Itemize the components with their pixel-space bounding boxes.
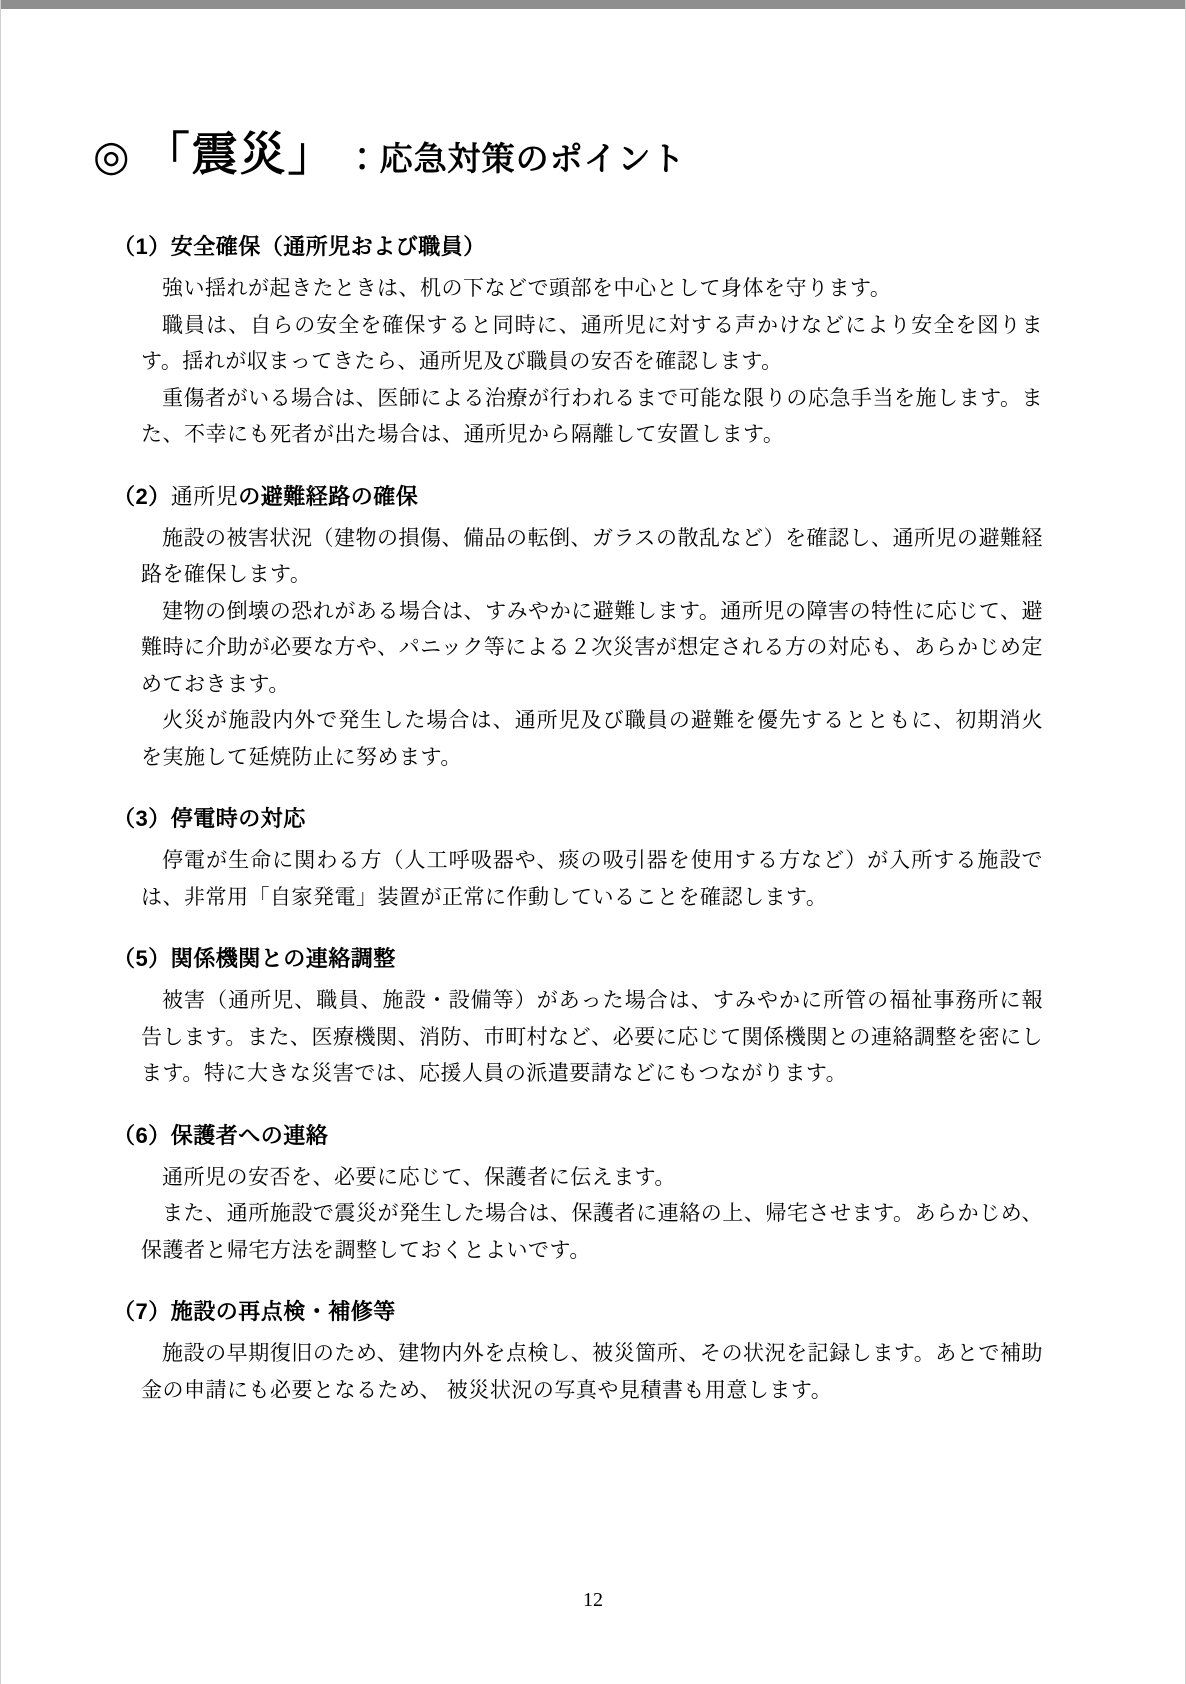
section-body: 施設の被害状況（建物の損傷、備品の転倒、ガラスの散乱など）を確認し、通所児の避難… [93, 520, 1043, 776]
section-6-contact-guardians: （6）保護者への連絡 通所児の安否を、必要に応じて、保護者に伝えます。 また、通… [93, 1119, 1043, 1269]
section-7-reinspection: （7）施設の再点検・補修等 施設の早期復旧のため、建物内外を点検し、被災箇所、そ… [93, 1295, 1043, 1408]
section-heading: （5）関係機関との連絡調整 [113, 942, 1043, 976]
section-body: 停電が生命に関わる方（人工呼吸器や、痰の吸引器を使用する方など）が入所する施設で… [93, 842, 1043, 915]
section-3-power-outage: （3）停電時の対応 停電が生命に関わる方（人工呼吸器や、痰の吸引器を使用する方な… [93, 802, 1043, 915]
paragraph: 強い揺れが起きたときは、机の下などで頭部を中心として身体を守ります。 [141, 270, 1043, 307]
section-body: 通所児の安否を、必要に応じて、保護者に伝えます。 また、通所施設で震災が発生した… [93, 1159, 1043, 1269]
paragraph: また、通所施設で震災が発生した場合は、保護者に連絡の上、帰宅させます。あらかじめ… [141, 1195, 1043, 1268]
section-heading: （3）停電時の対応 [113, 802, 1043, 836]
paragraph: 施設の被害状況（建物の損傷、備品の転倒、ガラスの散乱など）を確認し、通所児の避難… [141, 520, 1043, 593]
paragraph: 職員は、自らの安全を確保すると同時に、通所児に対する声かけなどにより安全を図りま… [141, 307, 1043, 380]
paragraph: 被害（通所児、職員、施設・設備等）があった場合は、すみやかに所管の福祉事務所に報… [141, 982, 1043, 1092]
page-title-main: 「震災」 [144, 118, 336, 184]
page-title: ◎ 「震災」 ：応急対策のポイント [93, 118, 1043, 184]
section-5-liaison: （5）関係機関との連絡調整 被害（通所児、職員、施設・設備等）があった場合は、す… [93, 942, 1043, 1092]
page-content: ◎ 「震災」 ：応急対策のポイント （1）安全確保（通所児および職員） 強い揺れ… [1, 0, 1185, 1408]
viewer-top-bar [1, 0, 1185, 9]
paragraph: 停電が生命に関わる方（人工呼吸器や、痰の吸引器を使用する方など）が入所する施設で… [141, 842, 1043, 915]
section-body: 強い揺れが起きたときは、机の下などで頭部を中心として身体を守ります。 職員は、自… [93, 270, 1043, 453]
document-page: { "title": { "marker": "◎", "main": "「震災… [0, 0, 1186, 1684]
double-circle-icon: ◎ [93, 131, 130, 180]
section-2-evacuation-route: （2）通所児の避難経路の確保 施設の被害状況（建物の損傷、備品の転倒、ガラスの散… [93, 480, 1043, 776]
section-1-safety: （1）安全確保（通所児および職員） 強い揺れが起きたときは、机の下などで頭部を中… [93, 230, 1043, 453]
paragraph: 火災が施設内外で発生した場合は、通所児及び職員の避難を優先するとともに、初期消火… [141, 702, 1043, 775]
section-body: 施設の早期復旧のため、建物内外を点検し、被災箇所、その状況を記録します。あとで補… [93, 1335, 1043, 1408]
paragraph: 建物の倒壊の恐れがある場合は、すみやかに避難します。通所児の障害の特性に応じて、… [141, 593, 1043, 703]
page-title-sub: ：応急対策のポイント [346, 133, 686, 180]
page-number: 12 [1, 1589, 1185, 1612]
section-heading: （2）通所児の避難経路の確保 [113, 480, 1043, 514]
section-heading: （7）施設の再点検・補修等 [113, 1295, 1043, 1329]
paragraph: 重傷者がいる場合は、医師による治療が行われるまで可能な限りの応急手当を施します。… [141, 380, 1043, 453]
paragraph: 施設の早期復旧のため、建物内外を点検し、被災箇所、その状況を記録します。あとで補… [141, 1335, 1043, 1408]
section-body: 被害（通所児、職員、施設・設備等）があった場合は、すみやかに所管の福祉事務所に報… [93, 982, 1043, 1092]
section-heading: （6）保護者への連絡 [113, 1119, 1043, 1153]
paragraph: 通所児の安否を、必要に応じて、保護者に伝えます。 [141, 1159, 1043, 1196]
section-heading: （1）安全確保（通所児および職員） [113, 230, 1043, 264]
